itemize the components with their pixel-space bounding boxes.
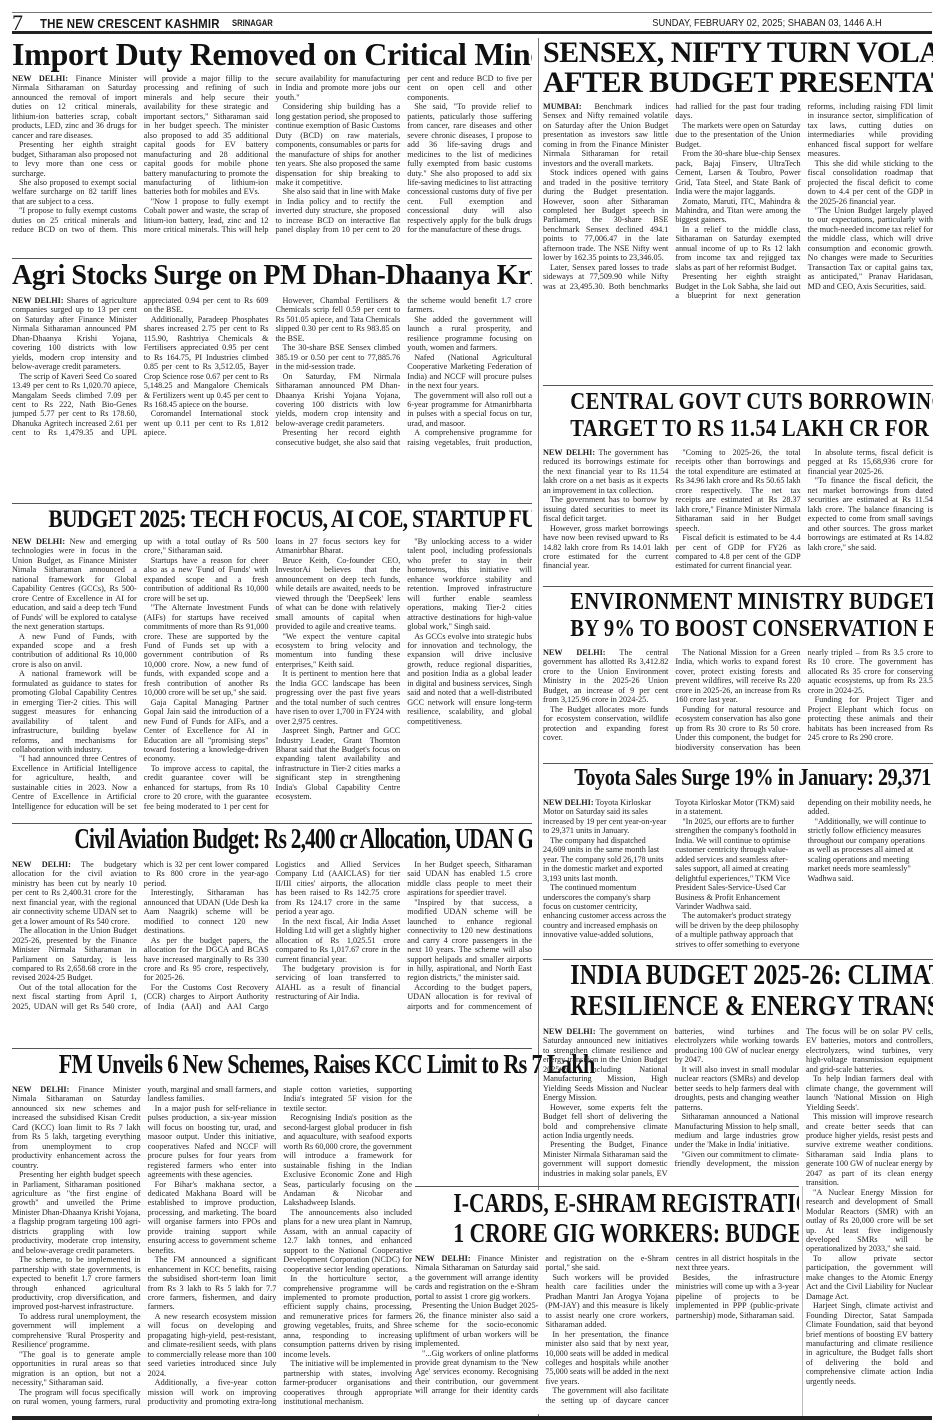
dateline: NEW DELHI: bbox=[543, 648, 606, 657]
story-body: NEW DELHI: New and emerging technologies… bbox=[12, 537, 532, 819]
dateline: NEW DELHI: bbox=[543, 448, 595, 457]
headline: FM Unveils 6 New Schemes, Raises KCC Lim… bbox=[59, 1051, 485, 1081]
story-body: MUMBAI: Benchmark indices Sensex and Nif… bbox=[543, 102, 933, 304]
dateline: NEW DELHI: bbox=[12, 1085, 69, 1094]
headline-line-1: ENVIRONMENT MINISTRY BUDGET UP bbox=[570, 590, 905, 617]
issue-date: SUNDAY, FEBRUARY 02, 2025; SHABAN 03, 14… bbox=[653, 17, 882, 29]
headline-line-1: SENSEX, NIFTY TURN VOLATILE bbox=[543, 38, 933, 68]
headline-line-2: AFTER BUDGET PRESENTATION bbox=[543, 68, 933, 98]
headline-line-2: BY 9% TO BOOST CONSERVATION EFFORTS bbox=[570, 617, 905, 644]
headline: Agri Stocks Surge on PM Dhan-Dhaanya Kri… bbox=[12, 262, 532, 292]
climate-body-right: The focus will be on solar PV cells, EV … bbox=[806, 1027, 933, 1413]
section-divider bbox=[543, 959, 933, 960]
headline: BUDGET 2025: TECH FOCUS, AI COE, STARTUP… bbox=[48, 507, 495, 535]
dateline: NEW DELHI: bbox=[415, 1254, 471, 1263]
section-divider bbox=[543, 385, 933, 386]
headline-line-2: RESILIENCE & ENERGY TRANSITION bbox=[570, 993, 905, 1024]
story-sensex-nifty: SENSEX, NIFTY TURN VOLATILE AFTER BUDGET… bbox=[543, 38, 933, 306]
story-kcc-schemes: FM Unveils 6 New Schemes, Raises KCC Lim… bbox=[12, 1051, 412, 1413]
climate-body-upper: NEW DELHI: The government on Saturday an… bbox=[543, 1027, 799, 1183]
story-body: NEW DELHI: The budgetary allocation for … bbox=[12, 860, 532, 1020]
page-bottom-rule bbox=[12, 1416, 932, 1420]
dateline: NEW DELHI: bbox=[12, 296, 64, 305]
story-body: NEW DELHI: Finance Minister Nimala Sitha… bbox=[12, 1085, 412, 1411]
headline-line-2: TARGET TO RS 11.54 LAKH CR FOR FY26 bbox=[570, 417, 905, 444]
section-divider bbox=[12, 258, 532, 259]
headline-line-1: CENTRAL GOVT CUTS BORROWING bbox=[570, 390, 905, 417]
section-divider bbox=[415, 1186, 799, 1187]
story-gig-workers: I-CARDS, E-SHRAM REGISTRATION FOR 1 CROR… bbox=[415, 1190, 799, 1414]
dateline: NEW DELHI: bbox=[12, 74, 68, 83]
dateline: NEW DELHI: bbox=[543, 798, 594, 807]
headline: Toyota Sales Surge 19% in January: 29,37… bbox=[574, 766, 902, 796]
page-number: 7 bbox=[12, 14, 40, 32]
headline-line-1: INDIA BUDGET 2025-26: CLIMATE bbox=[570, 962, 905, 993]
section-divider bbox=[543, 763, 933, 764]
story-body: NEW DELHI: Toyota Kirloskar Motor on Sat… bbox=[543, 798, 933, 950]
headline: Civil Aviation Budget: Rs 2,400 cr Alloc… bbox=[74, 826, 469, 856]
section-divider bbox=[543, 586, 933, 587]
section-divider bbox=[12, 503, 532, 504]
section-divider bbox=[12, 823, 532, 824]
newspaper-name: THE NEW CRESCENT KASHMIR bbox=[40, 16, 220, 31]
story-toyota-sales: Toyota Sales Surge 19% in January: 29,37… bbox=[543, 766, 933, 956]
story-civil-aviation: Civil Aviation Budget: Rs 2,400 cr Alloc… bbox=[12, 826, 532, 1020]
story-body: NEW DELHI: The central government has al… bbox=[543, 648, 933, 758]
story-body: The focus will be on solar PV cells, EV … bbox=[806, 1027, 933, 1413]
dateline: NEW DELHI: bbox=[543, 1027, 596, 1036]
dateline: NEW DELHI: bbox=[12, 860, 71, 869]
headline-line-1: I-CARDS, E-SHRAM REGISTRATION FOR bbox=[453, 1190, 760, 1220]
story-borrowing-target: CENTRAL GOVT CUTS BORROWING TARGET TO RS… bbox=[543, 390, 933, 586]
story-body: NEW DELHI: The government on Saturday an… bbox=[543, 1027, 799, 1183]
headline: Import Duty Removed on Critical Minerals… bbox=[12, 38, 532, 70]
column-divider bbox=[802, 1186, 803, 1416]
story-body: NEW DELHI: The government has reduced it… bbox=[543, 448, 933, 586]
story-body: NEW DELHI: Finance Minister Nimala Sitha… bbox=[415, 1254, 799, 1414]
story-import-duty: Import Duty Removed on Critical Minerals… bbox=[12, 38, 532, 238]
story-environment-ministry: ENVIRONMENT MINISTRY BUDGET UP BY 9% TO … bbox=[543, 590, 933, 760]
story-body: NEW DELHI: Finance Minister Nirmala Sith… bbox=[12, 74, 532, 236]
dateline: MUMBAI: bbox=[543, 102, 582, 111]
story-body: NEW DELHI: Shares of agriculture compani… bbox=[12, 296, 532, 448]
dateline: NEW DELHI: bbox=[12, 537, 65, 546]
edition-city: SRINAGAR bbox=[232, 18, 273, 28]
headline-line-2: 1 CRORE GIG WORKERS: BUDGET 2025-26 bbox=[453, 1220, 760, 1250]
story-agri-stocks: Agri Stocks Surge on PM Dhan-Dhaanya Kri… bbox=[12, 262, 532, 448]
masthead: 7 THE NEW CRESCENT KASHMIR SRINAGAR SUND… bbox=[12, 12, 932, 34]
story-tech-focus: BUDGET 2025: TECH FOCUS, AI COE, STARTUP… bbox=[12, 507, 532, 819]
